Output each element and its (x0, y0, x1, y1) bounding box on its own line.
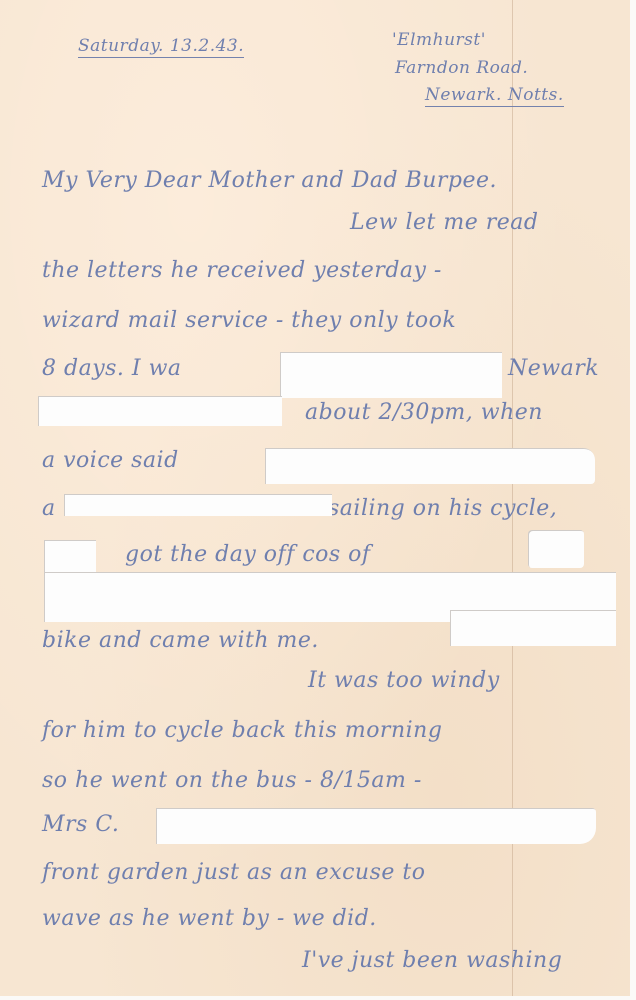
censored-cutout (64, 494, 332, 516)
censored-cutout (450, 610, 616, 646)
address-house: 'Elmhurst' (392, 30, 486, 50)
letter-page: Saturday. 13.2.43. 'Elmhurst' Farndon Ro… (0, 0, 636, 1000)
salutation: My Very Dear Mother and Dad Burpee. (42, 168, 497, 193)
body-line: It was too windy (308, 668, 500, 693)
body-line: so he went on the bus - 8/15am - (42, 768, 422, 793)
body-line: front garden just as an excuse to (42, 860, 426, 885)
body-line: Mrs C. (42, 812, 119, 837)
body-line: wave as he went by - we did. (42, 906, 377, 931)
body-line: Lew let me read (350, 210, 538, 235)
body-line: about 2/30pm, when (305, 400, 543, 425)
censored-cutout (38, 396, 282, 426)
body-line: I've just been washing (302, 948, 562, 973)
body-line: a (42, 496, 56, 521)
censored-cutout (265, 448, 595, 484)
censored-cutout (156, 808, 596, 844)
paper-edge-right (630, 0, 636, 1000)
body-line: sailing on his cycle, (328, 496, 557, 521)
censored-cutout (280, 352, 502, 398)
body-line: a voice said (42, 448, 179, 473)
paper-edge-bottom (0, 996, 636, 1000)
body-line: wizard mail service - they only took (42, 308, 456, 333)
body-line: 8 days. I wa (42, 356, 182, 381)
body-line: got the day off cos of (125, 542, 371, 567)
censored-cutout (528, 530, 584, 568)
letter-date: Saturday. 13.2.43. (78, 36, 244, 58)
address-town: Newark. Notts. (425, 85, 564, 107)
body-line: Newark (508, 356, 599, 381)
body-line: bike and came with me. (42, 628, 319, 653)
body-line: for him to cycle back this morning (42, 718, 442, 743)
address-street: Farndon Road. (395, 58, 528, 78)
body-line: the letters he received yesterday - (42, 258, 442, 283)
